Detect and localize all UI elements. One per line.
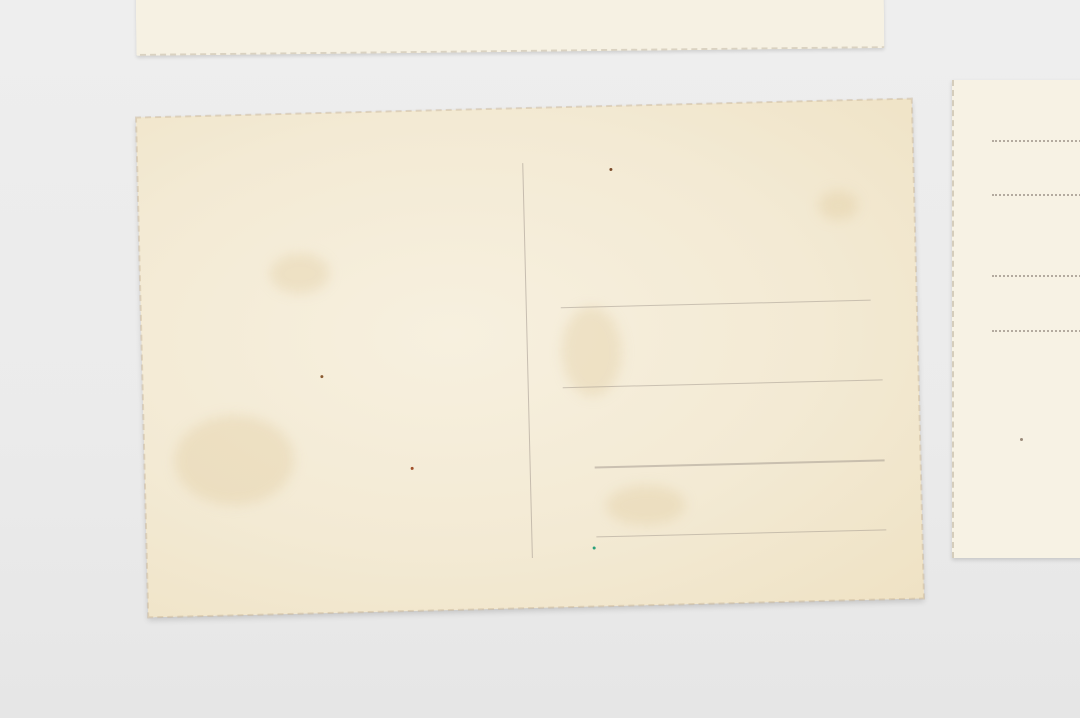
speck <box>1020 438 1023 441</box>
postcard-divider-line <box>522 163 533 558</box>
age-stain <box>173 414 295 507</box>
speck <box>411 467 414 470</box>
dotted-address-line <box>992 275 1080 277</box>
age-stain <box>605 484 686 526</box>
speck <box>609 168 612 171</box>
postcard-right-partial <box>952 80 1080 558</box>
age-stain <box>561 306 623 397</box>
address-line <box>561 300 871 309</box>
age-stain <box>818 190 859 221</box>
dotted-address-line <box>992 194 1080 196</box>
speck <box>320 375 323 378</box>
address-line <box>596 529 886 537</box>
dotted-address-line <box>992 140 1080 142</box>
speck <box>593 546 596 549</box>
address-line <box>595 459 885 468</box>
age-stain <box>269 253 330 294</box>
postcard-main <box>136 99 924 618</box>
postcard-top-partial <box>136 0 885 56</box>
dotted-address-line <box>992 330 1080 332</box>
